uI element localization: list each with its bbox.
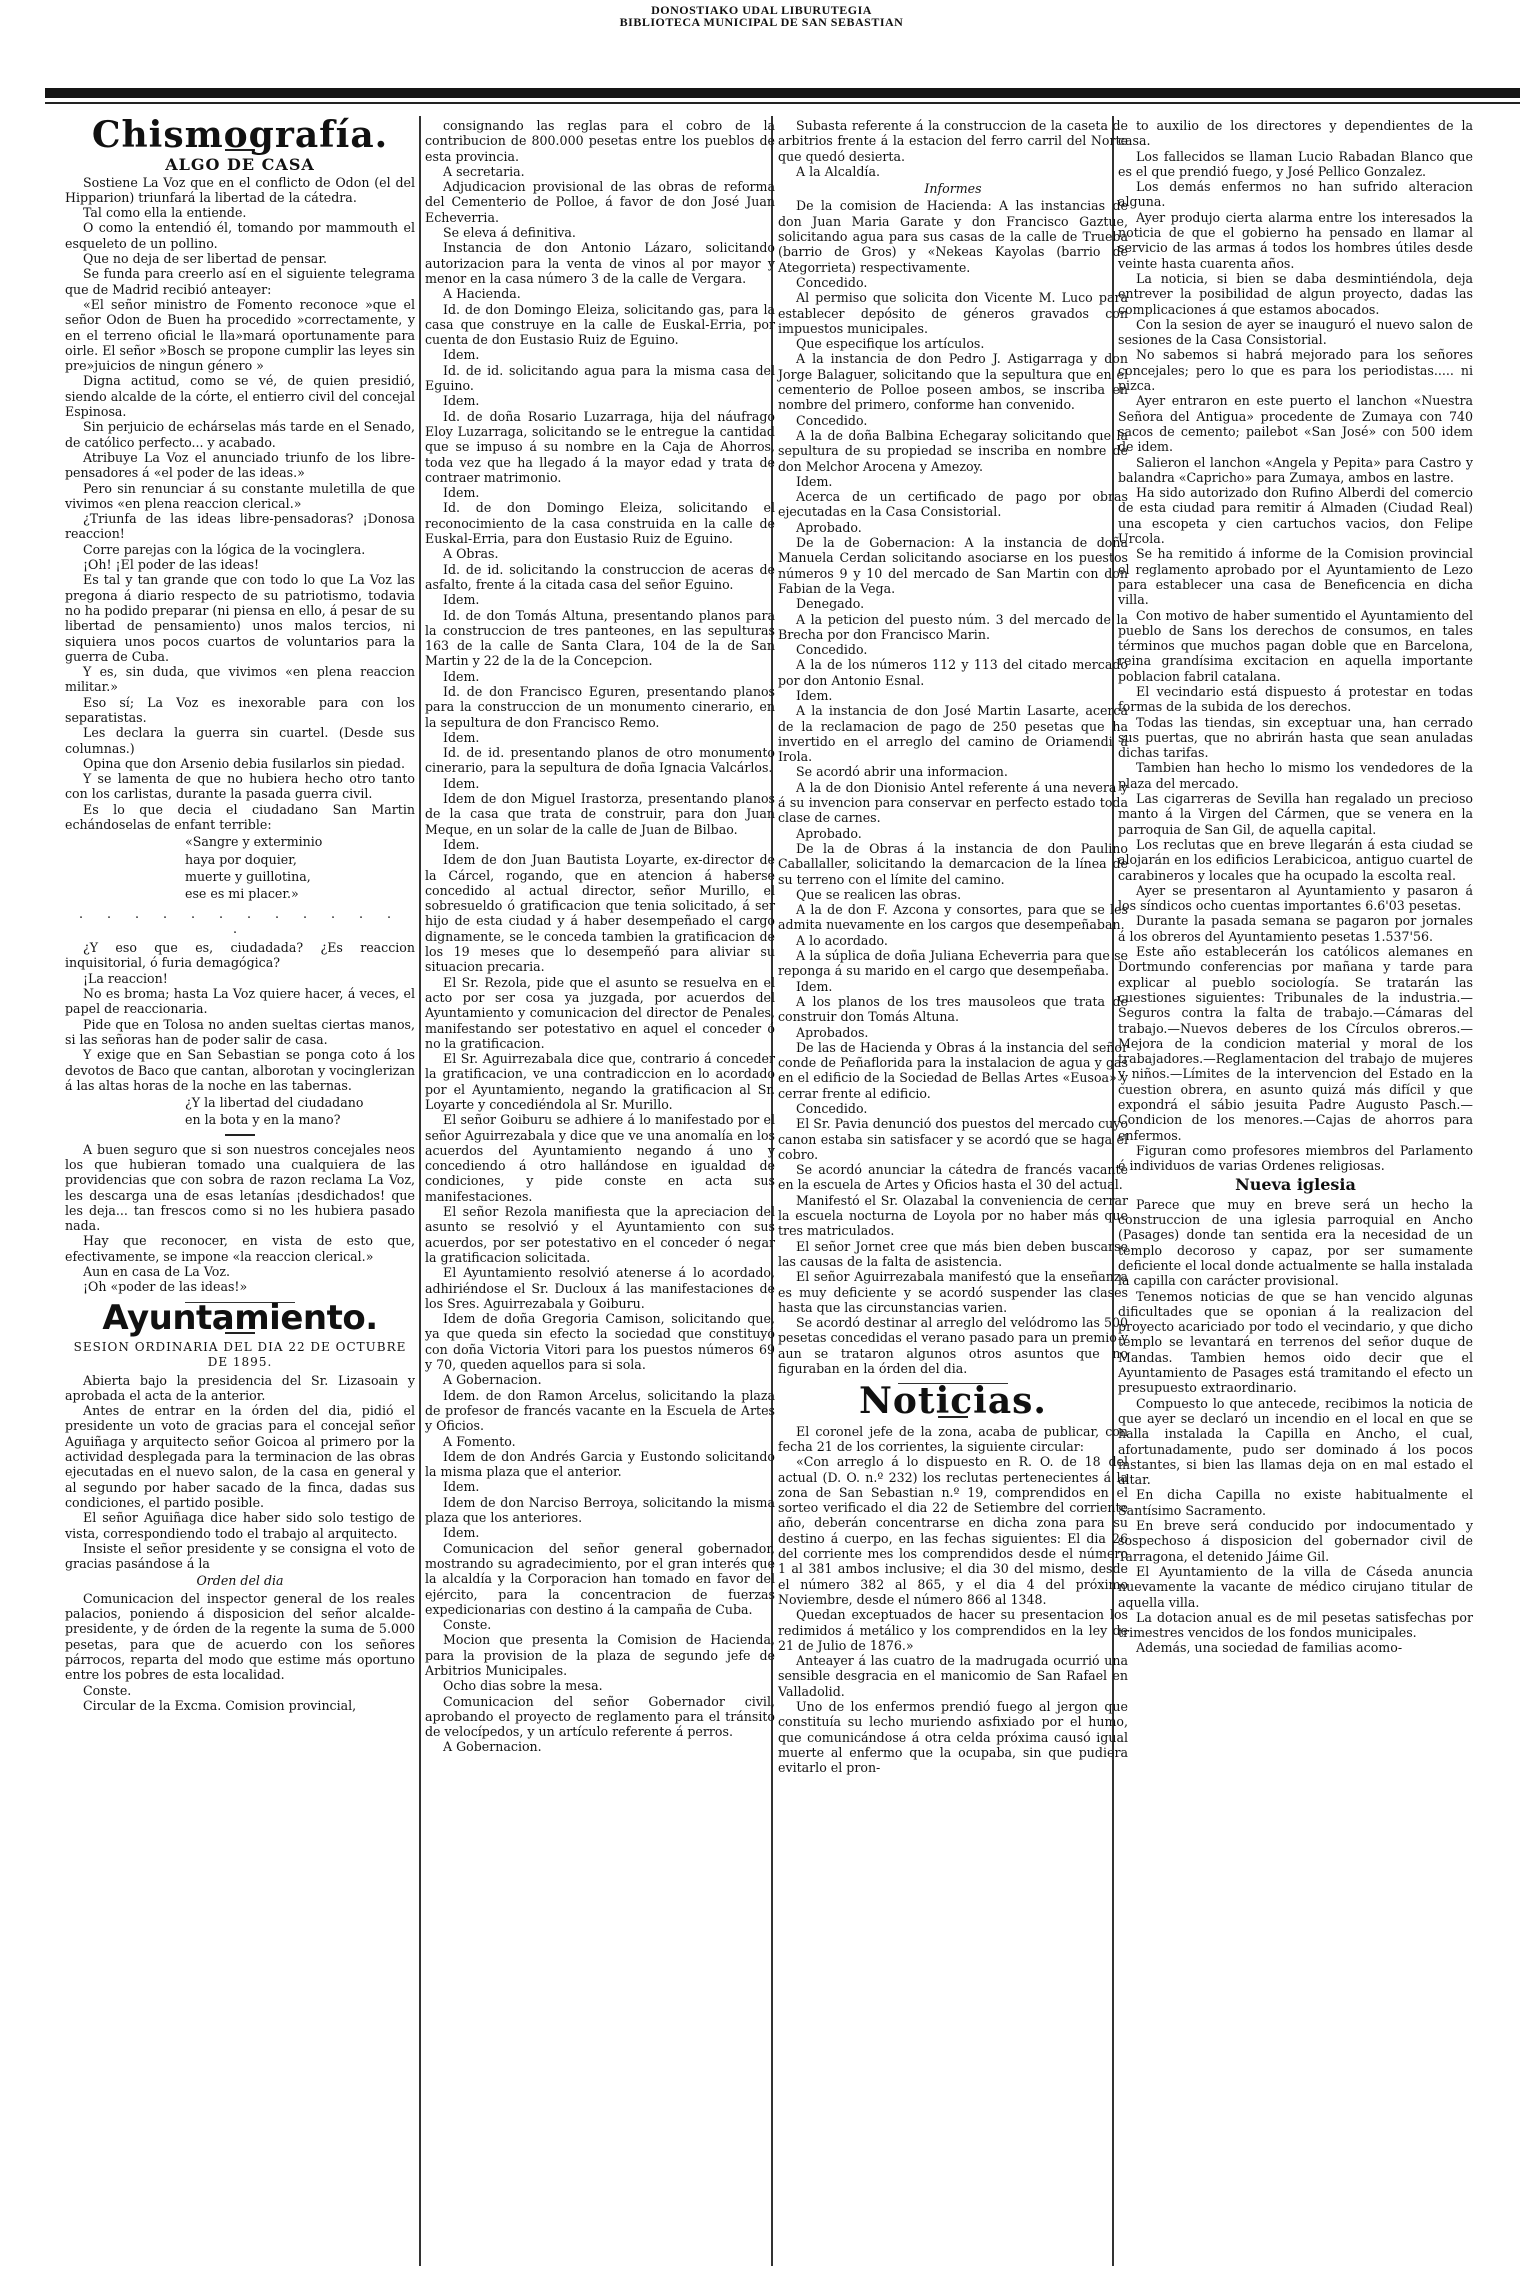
paragraph: Id. de id. solicitando agua para la mism…: [425, 363, 775, 394]
paragraph: ¿Y eso que es, ciudadada? ¿Es reaccion i…: [65, 940, 415, 971]
paragraph: Idem.: [778, 474, 1128, 489]
paragraph: Idem de don Juan Bautista Loyarte, ex-di…: [425, 852, 775, 974]
paragraph: Atribuye La Voz el anunciado triunfo de …: [65, 450, 415, 481]
paragraph: Se funda para creerlo así en el siguient…: [65, 266, 415, 297]
paragraph: El señor Goiburu se adhiere á lo manifes…: [425, 1112, 775, 1204]
paragraph: A los planos de los tres mausoleos que t…: [778, 994, 1128, 1025]
orden-del-dia-header: Orden del dia: [65, 1573, 415, 1588]
paragraph: Todas las tiendas, sin exceptuar una, ha…: [1118, 715, 1473, 761]
paragraph: Manifestó el Sr. Olazabal la convenienci…: [778, 1193, 1128, 1239]
paragraph: Instancia de don Antonio Lázaro, solicit…: [425, 240, 775, 286]
paragraph: En dicha Capilla no existe habitualmente…: [1118, 1487, 1473, 1518]
paragraph: De la de Obras á la instancia de don Pau…: [778, 841, 1128, 887]
paragraph: ¡La reaccion!: [65, 971, 415, 986]
paragraph: Además, una sociedad de familias acomo-: [1118, 1640, 1473, 1655]
paragraph: A la de doña Balbina Echegaray solicitan…: [778, 428, 1128, 474]
paragraph: ¡Oh! ¡El poder de las ideas!: [65, 557, 415, 572]
paragraph: Ayer entraron en este puerto el lanchon …: [1118, 393, 1473, 454]
paragraph: De la comision de Hacienda: A las instan…: [778, 198, 1128, 274]
paragraph: Y exige que en San Sebastian se ponga co…: [65, 1047, 415, 1093]
paragraph: Y es, sin duda, que vivimos «en plena re…: [65, 664, 415, 695]
section-title-ayuntamiento: Ayuntamiento.: [65, 1311, 415, 1326]
paragraph: Id. de id. solicitando la construccion d…: [425, 562, 775, 593]
column-2: consignando las reglas para el cobro de …: [425, 118, 775, 1755]
paragraph: En breve será conducido por indocumentad…: [1118, 1518, 1473, 1564]
paragraph: Anteayer á las cuatro de la madrugada oc…: [778, 1653, 1128, 1699]
paragraph: Concedido.: [778, 642, 1128, 657]
paragraph: ¿Triunfa de las ideas libre-pensadoras? …: [65, 511, 415, 542]
paragraph: Sin perjuicio de echárselas más tarde en…: [65, 419, 415, 450]
verse-line: en la bota y en la mano?: [185, 1112, 415, 1127]
column-1: Chismografía. ALGO DE CASA Sostiene La V…: [65, 118, 415, 1713]
paragraph: Tambien han hecho lo mismo los vendedore…: [1118, 760, 1473, 791]
paragraph: to auxilio de los directores y dependien…: [1118, 118, 1473, 149]
paragraph: El señor Rezola manifiesta que la apreci…: [425, 1204, 775, 1265]
paragraph: Idem.: [425, 776, 775, 791]
article-body: El coronel jefe de la zona, acaba de pub…: [778, 1424, 1128, 1776]
article-body: Sostiene La Voz que en el conflicto de O…: [65, 175, 415, 833]
paragraph: A la instancia de don Pedro J. Astigarra…: [778, 351, 1128, 412]
paragraph: Se acordó destinar al arreglo del velódr…: [778, 1315, 1128, 1376]
paragraph: Se acordó anunciar la cátedra de francés…: [778, 1162, 1128, 1193]
library-masthead: DONOSTIAKO UDAL LIBURUTEGIA BIBLIOTECA M…: [0, 4, 1523, 28]
paragraph: El Ayuntamiento de la villa de Cáseda an…: [1118, 1564, 1473, 1610]
paragraph: A lo acordado.: [778, 933, 1128, 948]
paragraph: Antes de entrar en la órden del dia, pid…: [65, 1403, 415, 1510]
paragraph: Los demás enfermos no han sufrido altera…: [1118, 179, 1473, 210]
paragraph: Salieron el lanchon «Angela y Pepita» pa…: [1118, 455, 1473, 486]
paragraph: Idem.: [425, 1479, 775, 1494]
paragraph: Idem.: [425, 393, 775, 408]
verse-line: ¿Y la libertad del ciudadano: [185, 1095, 415, 1110]
paragraph: Adjudicacion provisional de las obras de…: [425, 179, 775, 225]
paragraph: Comunicacion del señor Gobernador civil,…: [425, 1694, 775, 1740]
paragraph: A la peticion del puesto núm. 3 del merc…: [778, 612, 1128, 643]
paragraph: Y se lamenta de que no hubiera hecho otr…: [65, 771, 415, 802]
paragraph: Acerca de un certificado de pago por obr…: [778, 489, 1128, 520]
paragraph: Id. de don Tomás Altuna, presentando pla…: [425, 608, 775, 669]
paragraph: Idem.: [778, 979, 1128, 994]
paragraph: El Sr. Aguirrezabala dice que, contrario…: [425, 1051, 775, 1112]
paragraph: Pide que en Tolosa no anden sueltas cier…: [65, 1017, 415, 1048]
paragraph: Compuesto lo que antecede, recibimos la …: [1118, 1396, 1473, 1488]
header-black-band: [45, 88, 1520, 98]
paragraph: Idem de don Miguel Irastorza, presentand…: [425, 791, 775, 837]
paragraph: Idem.: [425, 669, 775, 684]
article-body: Subasta referente á la construccion de l…: [778, 118, 1128, 179]
paragraph: Aun en casa de La Voz.: [65, 1264, 415, 1279]
session-header: Sesion ordinaria del dia 22 de Octubre d…: [65, 1340, 415, 1371]
paragraph: Circular de la Excma. Comision provincia…: [65, 1698, 415, 1713]
paragraph: A la de los números 112 y 113 del citado…: [778, 657, 1128, 688]
paragraph: El señor Jornet cree que más bien deben …: [778, 1239, 1128, 1270]
paragraph: El señor Aguiñaga dice haber sido solo t…: [65, 1510, 415, 1541]
paragraph: Comunicacion del inspector general de lo…: [65, 1591, 415, 1683]
paragraph: Idem. de don Ramon Arcelus, solicitando …: [425, 1388, 775, 1434]
article-body: ¿Y eso que es, ciudadada? ¿Es reaccion i…: [65, 940, 415, 1093]
paragraph: Id. de don Francisco Eguren, presentando…: [425, 684, 775, 730]
paragraph: Hay que reconocer, en vista de esto que,…: [65, 1233, 415, 1264]
paragraph: A Hacienda.: [425, 286, 775, 301]
paragraph: A la Alcaldía.: [778, 164, 1128, 179]
paragraph: Les declara la guerra sin cuartel. (Desd…: [65, 725, 415, 756]
section-title-chismografia: Chismografía.: [65, 128, 415, 143]
paragraph: Insiste el señor presidente y se consign…: [65, 1541, 415, 1572]
paragraph: Idem.: [425, 347, 775, 362]
paragraph: Idem de don Andrés Garcia y Eustondo sol…: [425, 1449, 775, 1480]
paragraph: Concedido.: [778, 275, 1128, 290]
paragraph: Id. de don Domingo Eleiza, solicitando g…: [425, 302, 775, 348]
paragraph: Pero sin renunciar á su constante muleti…: [65, 481, 415, 512]
paragraph: El vecindario está dispuesto á protestar…: [1118, 684, 1473, 715]
paragraph: El Sr. Rezola, pide que el asunto se res…: [425, 975, 775, 1051]
column-3: Subasta referente á la construccion de l…: [778, 118, 1128, 1775]
paragraph: Subasta referente á la construccion de l…: [778, 118, 1128, 164]
paragraph: Ayer se presentaron al Ayuntamiento y pa…: [1118, 883, 1473, 914]
paragraph: Que especifique los artículos.: [778, 336, 1128, 351]
paragraph: Id. de don Domingo Eleiza, solicitando e…: [425, 500, 775, 546]
article-body: Parece que muy en breve será un hecho la…: [1118, 1197, 1473, 1656]
paragraph: Concedido.: [778, 413, 1128, 428]
article-body: A buen seguro que si son nuestros concej…: [65, 1142, 415, 1295]
paragraph: Ha sido autorizado don Rufino Alberdi de…: [1118, 485, 1473, 546]
paragraph: Tenemos noticias de que se han vencido a…: [1118, 1289, 1473, 1396]
article-body: consignando las reglas para el cobro de …: [425, 118, 775, 1755]
paragraph: Conste.: [65, 1683, 415, 1698]
paragraph: No sabemos si habrá mejorado para los se…: [1118, 347, 1473, 393]
paragraph: «El señor ministro de Fomento reconoce »…: [65, 297, 415, 373]
paragraph: Eso sí; La Voz es inexorable para con lo…: [65, 695, 415, 726]
paragraph: A la de don Dionisio Antel referente á u…: [778, 780, 1128, 826]
verse-line: muerte y guillotina,: [185, 869, 415, 884]
paragraph: Los reclutas que en breve llegarán á est…: [1118, 837, 1473, 883]
paragraph: Aprobados.: [778, 1025, 1128, 1040]
paragraph: Ayer produjo cierta alarma entre los int…: [1118, 210, 1473, 271]
article-body: Abierta bajo la presidencia del Sr. Liza…: [65, 1373, 415, 1572]
column-4: to auxilio de los directores y dependien…: [1118, 118, 1473, 1656]
paragraph: A la instancia de don José Martin Lasart…: [778, 703, 1128, 764]
paragraph: Denegado.: [778, 596, 1128, 611]
paragraph: Aprobado.: [778, 520, 1128, 535]
paragraph: A Gobernacion.: [425, 1739, 775, 1754]
paragraph: La dotacion anual es de mil pesetas sati…: [1118, 1610, 1473, 1641]
article-body: to auxilio de los directores y dependien…: [1118, 118, 1473, 1173]
paragraph: Aprobado.: [778, 826, 1128, 841]
divider: [225, 1134, 255, 1136]
paragraph: No es broma; hasta La Voz quiere hacer, …: [65, 986, 415, 1017]
paragraph: El señor Aguirrezabala manifestó que la …: [778, 1269, 1128, 1315]
paragraph: Se acordó abrir una informacion.: [778, 764, 1128, 779]
paragraph: Idem de don Narciso Berroya, solicitando…: [425, 1495, 775, 1526]
paragraph: Se eleva á definitiva.: [425, 225, 775, 240]
paragraph: A Fomento.: [425, 1434, 775, 1449]
paragraph: Es lo que decia el ciudadano San Martin …: [65, 802, 415, 833]
paragraph: Es tal y tan grande que con todo lo que …: [65, 572, 415, 664]
verse: «Sangre y exterminiohaya por doquier,mue…: [65, 834, 415, 901]
paragraph: Idem.: [425, 592, 775, 607]
paragraph: A Gobernacion.: [425, 1372, 775, 1387]
paragraph: Id. de id. presentando planos de otro mo…: [425, 745, 775, 776]
subhead-algo-de-casa: ALGO DE CASA: [65, 157, 415, 172]
informes-header: Informes: [778, 181, 1128, 196]
paragraph: Se ha remitido á informe de la Comision …: [1118, 546, 1473, 607]
verse-line: ese es mi placer.»: [185, 886, 415, 901]
paragraph: Idem.: [425, 730, 775, 745]
paragraph: Parece que muy en breve será un hecho la…: [1118, 1197, 1473, 1289]
paragraph: Con la sesion de ayer se inauguró el nue…: [1118, 317, 1473, 348]
subhead-nueva-iglesia: Nueva iglesia: [1118, 1177, 1473, 1192]
paragraph: Idem.: [778, 688, 1128, 703]
paragraph: Al permiso que solicita don Vicente M. L…: [778, 290, 1128, 336]
paragraph: Digna actitud, como se vé, de quien pres…: [65, 373, 415, 419]
paragraph: Idem de doña Gregoria Camison, solicitan…: [425, 1311, 775, 1372]
paragraph: Ocho dias sobre la mesa.: [425, 1678, 775, 1693]
paragraph: O como la entendió él, tomando por mammo…: [65, 220, 415, 251]
dotted-separator: . . . . . . . . . . . . .: [65, 906, 415, 937]
paragraph: Las cigarreras de Sevilla han regalado u…: [1118, 791, 1473, 837]
paragraph: «Con arreglo á lo dispuesto en R. O. de …: [778, 1454, 1128, 1607]
paragraph: A Obras.: [425, 546, 775, 561]
paragraph: Este año establecerán los católicos alem…: [1118, 944, 1473, 1143]
paragraph: La noticia, si bien se daba desmintiéndo…: [1118, 271, 1473, 317]
paragraph: A buen seguro que si son nuestros concej…: [65, 1142, 415, 1234]
paragraph: Con motivo de haber sumentido el Ayuntam…: [1118, 608, 1473, 684]
paragraph: Abierta bajo la presidencia del Sr. Liza…: [65, 1373, 415, 1404]
paragraph: Idem.: [425, 1525, 775, 1540]
header-rule: [45, 102, 1520, 104]
verse-line: «Sangre y exterminio: [185, 834, 415, 849]
article-body: De la comision de Hacienda: A las instan…: [778, 198, 1128, 1376]
paragraph: Durante la pasada semana se pagaron por …: [1118, 913, 1473, 944]
paragraph: Corre parejas con la lógica de la vocing…: [65, 542, 415, 557]
masthead-line-2: BIBLIOTECA MUNICIPAL DE SAN SEBASTIAN: [0, 16, 1523, 28]
paragraph: Conste.: [425, 1617, 775, 1632]
paragraph: De la de Gobernacion: A la instancia de …: [778, 535, 1128, 596]
paragraph: Sostiene La Voz que en el conflicto de O…: [65, 175, 415, 206]
paragraph: A la súplica de doña Juliana Echeverria …: [778, 948, 1128, 979]
paragraph: Figuran como profesores miembros del Par…: [1118, 1143, 1473, 1174]
paragraph: Que no deja de ser libertad de pensar.: [65, 251, 415, 266]
paragraph: Mocion que presenta la Comision de Hacie…: [425, 1632, 775, 1678]
paragraph: El coronel jefe de la zona, acaba de pub…: [778, 1424, 1128, 1455]
paragraph: Idem.: [425, 485, 775, 500]
paragraph: Comunicacion del señor general gobernado…: [425, 1541, 775, 1617]
section-title-noticias: Noticias.: [778, 1394, 1128, 1409]
paragraph: Que se realicen las obras.: [778, 887, 1128, 902]
column-divider: [419, 116, 421, 2266]
paragraph: Opina que don Arsenio debia fusilarlos s…: [65, 756, 415, 771]
paragraph: De las de Hacienda y Obras á la instanci…: [778, 1040, 1128, 1101]
paragraph: consignando las reglas para el cobro de …: [425, 118, 775, 164]
paragraph: El Sr. Pavia denunció dos puestos del me…: [778, 1116, 1128, 1162]
paragraph: Concedido.: [778, 1101, 1128, 1116]
paragraph: Tal como ella la entiende.: [65, 205, 415, 220]
paragraph: Idem.: [425, 837, 775, 852]
paragraph: Id. de doña Rosario Luzarraga, hija del …: [425, 409, 775, 485]
paragraph: Los fallecidos se llaman Lucio Rabadan B…: [1118, 149, 1473, 180]
paragraph: Quedan exceptuados de hacer su presentac…: [778, 1607, 1128, 1653]
paragraph: A la de don F. Azcona y consortes, para …: [778, 902, 1128, 933]
verse: ¿Y la libertad del ciudadanoen la bota y…: [65, 1095, 415, 1128]
paragraph: ¡Oh «poder de las ideas!»: [65, 1279, 415, 1294]
paragraph: A secretaria.: [425, 164, 775, 179]
paragraph: Uno de los enfermos prendió fuego al jer…: [778, 1699, 1128, 1775]
verse-line: haya por doquier,: [185, 852, 415, 867]
article-body: Comunicacion del inspector general de lo…: [65, 1591, 415, 1713]
paragraph: El Ayuntamiento resolvió atenerse á lo a…: [425, 1265, 775, 1311]
